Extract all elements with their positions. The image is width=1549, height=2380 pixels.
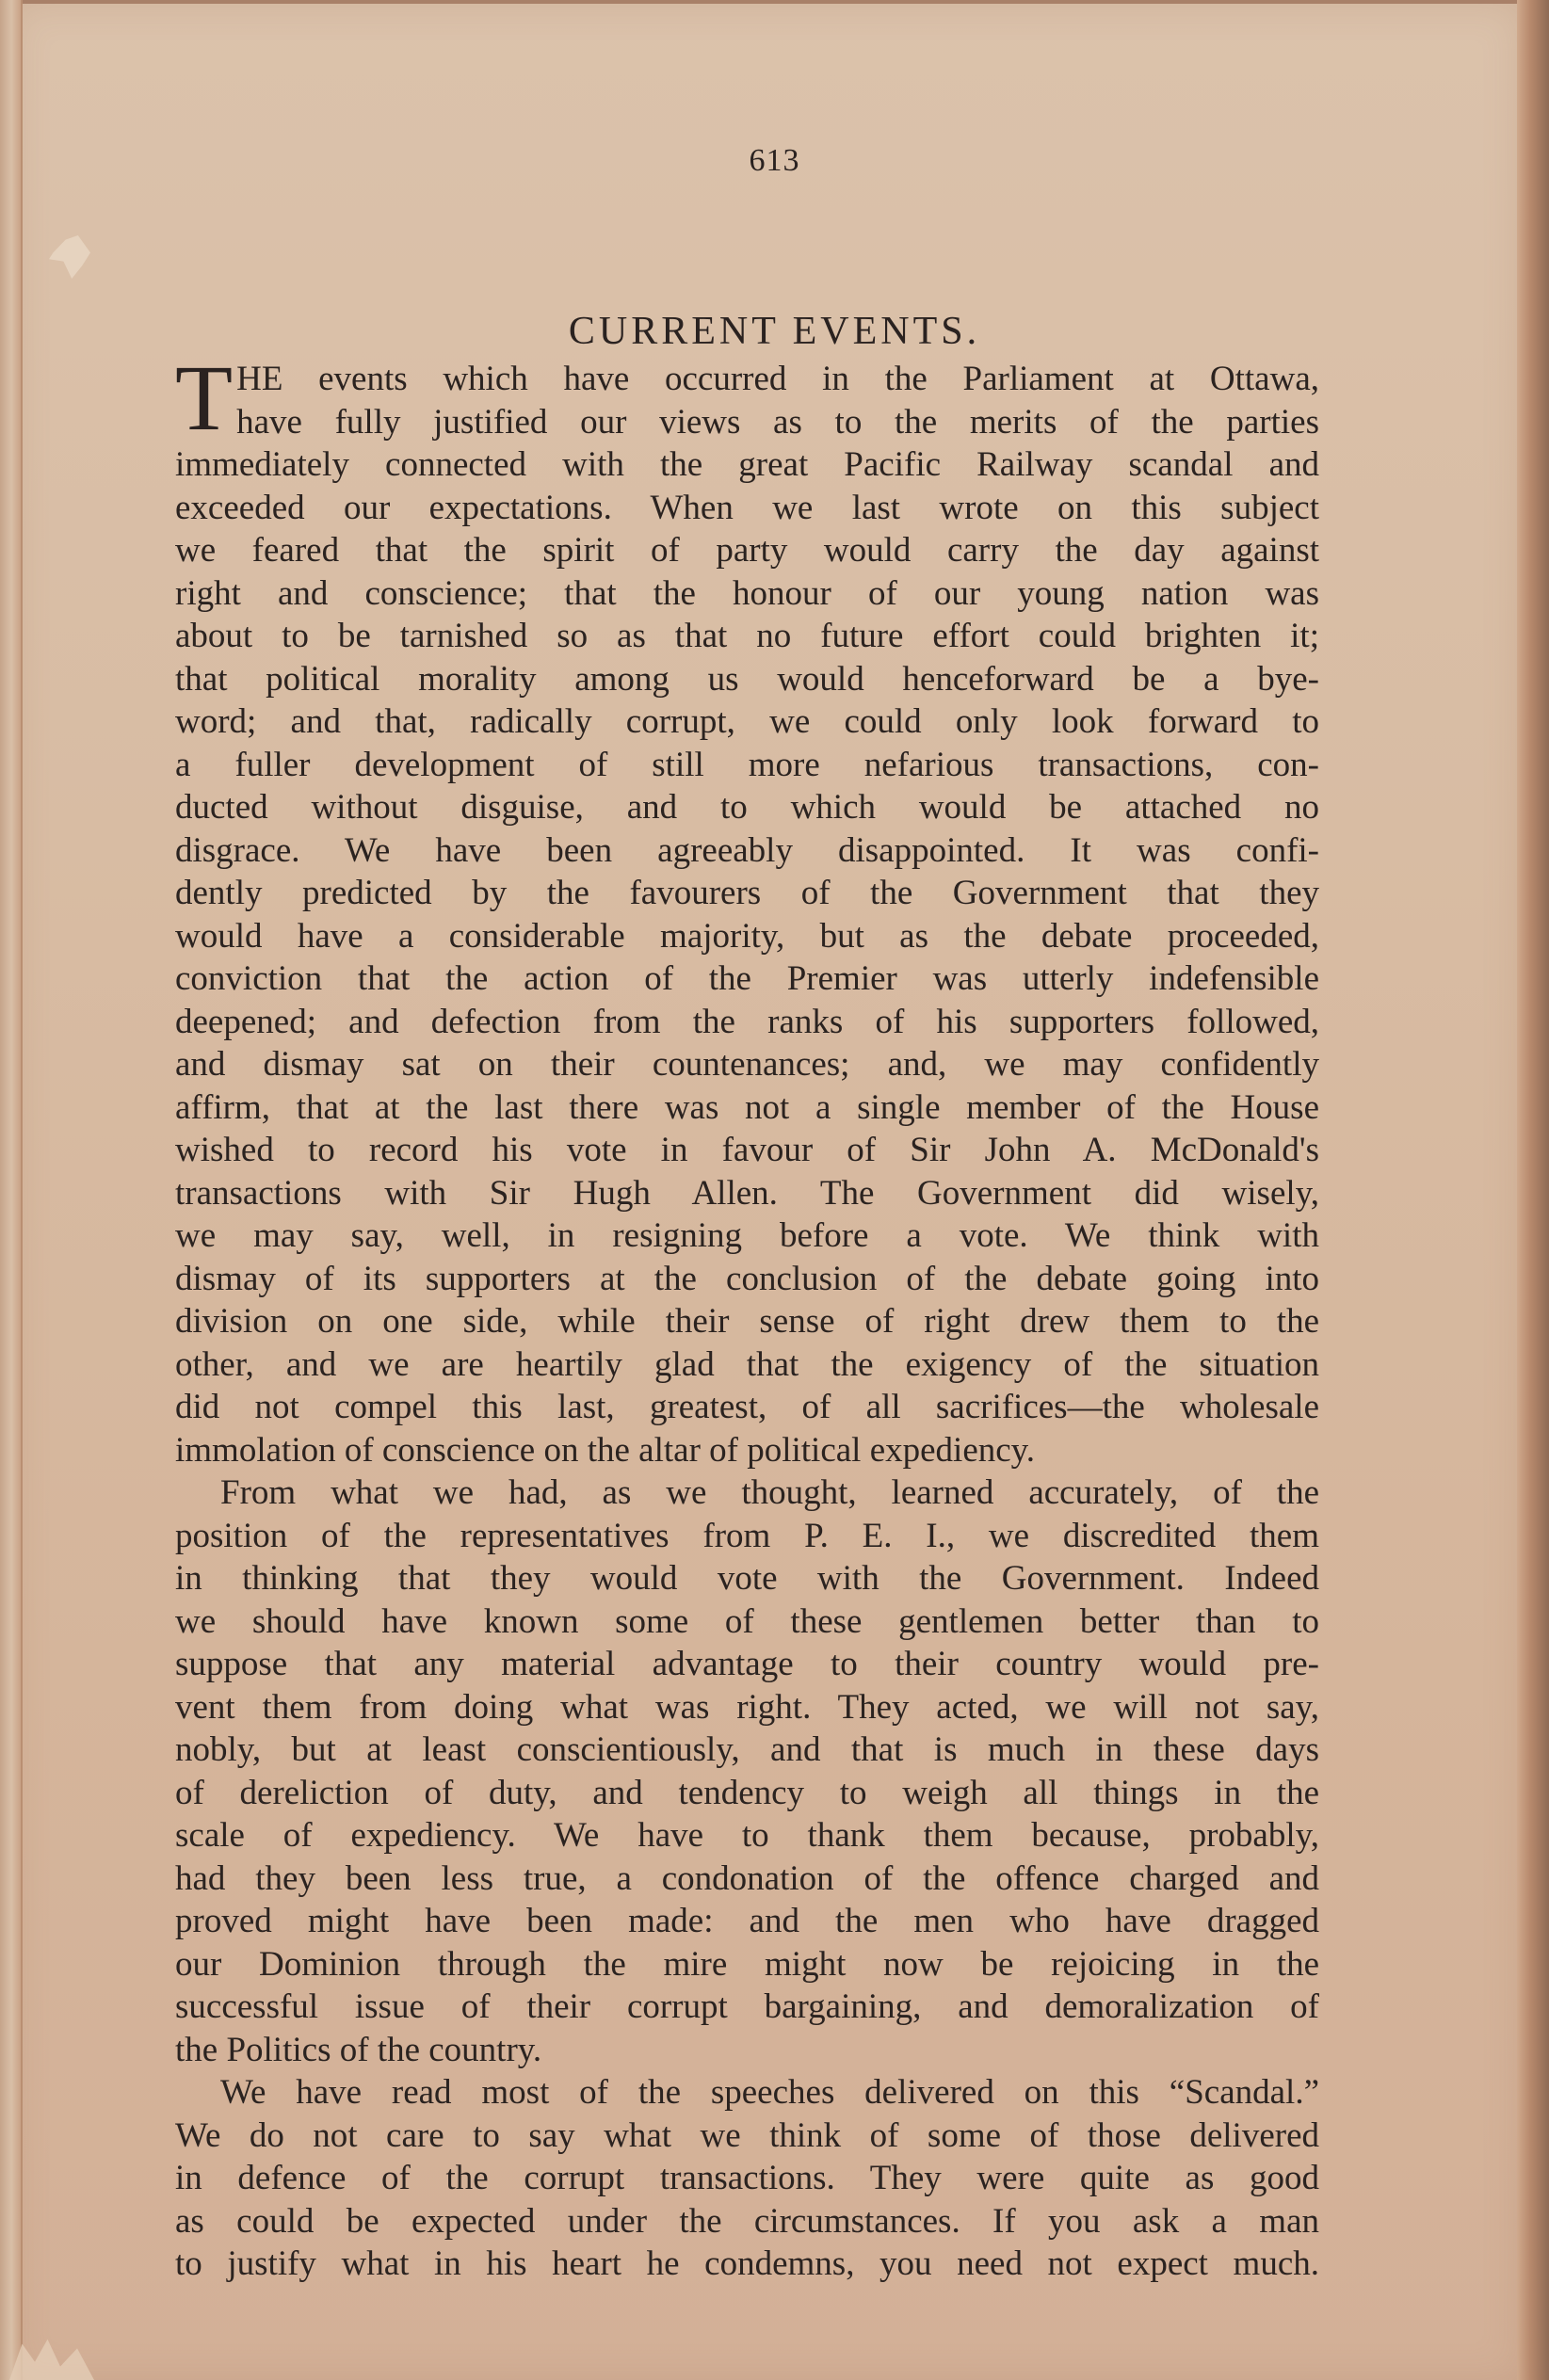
text-line: immolation of conscience on the altar of… — [175, 1429, 1319, 1472]
text-line: dismay of its supporters at the conclusi… — [175, 1258, 1319, 1301]
text-line: conviction that the action of the Premie… — [175, 957, 1319, 1001]
page-right-edge — [1517, 0, 1549, 2380]
text-line: about to be tarnished so as that no futu… — [175, 615, 1319, 658]
text-line: we should have known some of these gentl… — [175, 1600, 1319, 1644]
page-spine-edge — [0, 0, 23, 2380]
text-line: successful issue of their corrupt bargai… — [175, 1986, 1319, 2029]
paragraph-1: T HE events which have occurred in the P… — [175, 358, 1319, 1471]
text-line: the Politics of the country. — [175, 2029, 1319, 2072]
text-line: in defence of the corrupt transactions. … — [175, 2157, 1319, 2200]
text-line: deepened; and defection from the ranks o… — [175, 1001, 1319, 1044]
text-line: in thinking that they would vote with th… — [175, 1557, 1319, 1600]
text-line: From what we had, as we thought, learned… — [175, 1471, 1319, 1515]
text-line: that political morality among us would h… — [175, 658, 1319, 701]
text-line: ducted without disguise, and to which wo… — [175, 786, 1319, 829]
drop-cap: T — [175, 360, 233, 437]
page-number: 613 — [0, 143, 1549, 179]
paragraph-2: From what we had, as we thought, learned… — [175, 1471, 1319, 2071]
text-line: have fully justified our views as to the… — [175, 401, 1319, 444]
text-line: dently predicted by the favourers of the… — [175, 872, 1319, 915]
text-line: our Dominion through the mire might now … — [175, 1943, 1319, 1986]
text-line: exceeded our expectations. When we last … — [175, 487, 1319, 530]
text-line: other, and we are heartily glad that the… — [175, 1343, 1319, 1387]
text-line: affirm, that at the last there was not a… — [175, 1086, 1319, 1130]
text-line: suppose that any material advantage to t… — [175, 1643, 1319, 1686]
text-line: word; and that, radically corrupt, we co… — [175, 700, 1319, 744]
text-line: to justify what in his heart he condemns… — [175, 2243, 1319, 2286]
text-line: and dismay sat on their countenances; an… — [175, 1043, 1319, 1086]
text-line: nobly, but at least conscientiously, and… — [175, 1729, 1319, 1772]
text-line: of dereliction of duty, and tendency to … — [175, 1772, 1319, 1815]
text-line: we may say, well, in resigning before a … — [175, 1214, 1319, 1258]
text-line: immediately connected with the great Pac… — [175, 443, 1319, 487]
text-line: scale of expediency. We have to thank th… — [175, 1814, 1319, 1857]
text-line: HE events which have occurred in the Par… — [175, 358, 1319, 401]
text-line: vent them from doing what was right. The… — [175, 1686, 1319, 1729]
text-line: had they been less true, a condonation o… — [175, 1857, 1319, 1901]
text-line: We do not care to say what we think of s… — [175, 2115, 1319, 2158]
text-line: disgrace. We have been agreeably disappo… — [175, 829, 1319, 873]
text-line: position of the representatives from P. … — [175, 1515, 1319, 1558]
text-line: wished to record his vote in favour of S… — [175, 1129, 1319, 1172]
text-line: as could be expected under the circumsta… — [175, 2200, 1319, 2243]
paragraph-3: We have read most of the speeches delive… — [175, 2071, 1319, 2286]
text-line: right and conscience; that the honour of… — [175, 572, 1319, 616]
text-line: transactions with Sir Hugh Allen. The Go… — [175, 1172, 1319, 1215]
text-line: proved might have been made: and the men… — [175, 1900, 1319, 1943]
text-line: did not compel this last, greatest, of a… — [175, 1386, 1319, 1429]
text-line: we feared that the spirit of party would… — [175, 529, 1319, 572]
text-line: a fuller development of still more nefar… — [175, 744, 1319, 787]
text-line: division on one side, while their sense … — [175, 1300, 1319, 1343]
text-line: We have read most of the speeches delive… — [175, 2071, 1319, 2115]
text-line: would have a considerable majority, but … — [175, 915, 1319, 958]
article-body: T HE events which have occurred in the P… — [175, 358, 1319, 2286]
